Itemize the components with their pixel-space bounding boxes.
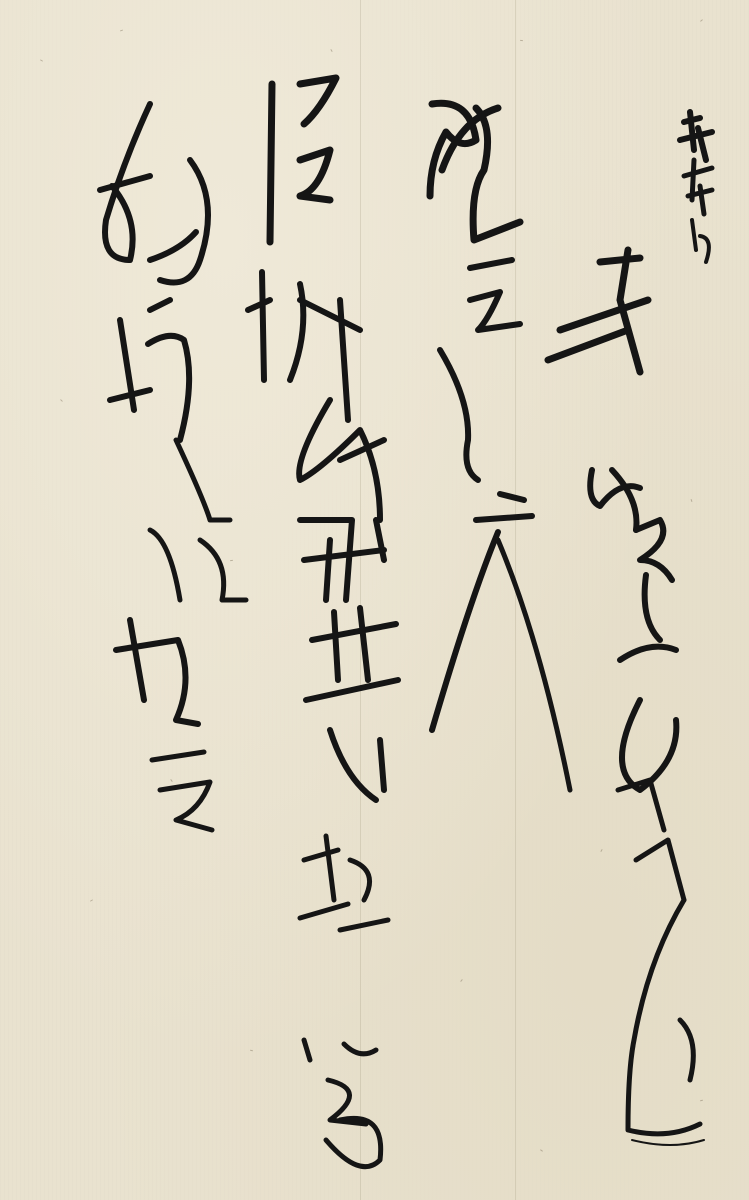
calligraphy-paper: calligraphy-scroll cursive (caoshu) (0, 0, 749, 1200)
column-2 (430, 103, 570, 790)
column-1 (548, 250, 704, 1145)
calligraphy-strokes (0, 0, 749, 1200)
column-3 (248, 78, 398, 1167)
inscription-column (680, 112, 712, 262)
column-4 (100, 104, 246, 830)
